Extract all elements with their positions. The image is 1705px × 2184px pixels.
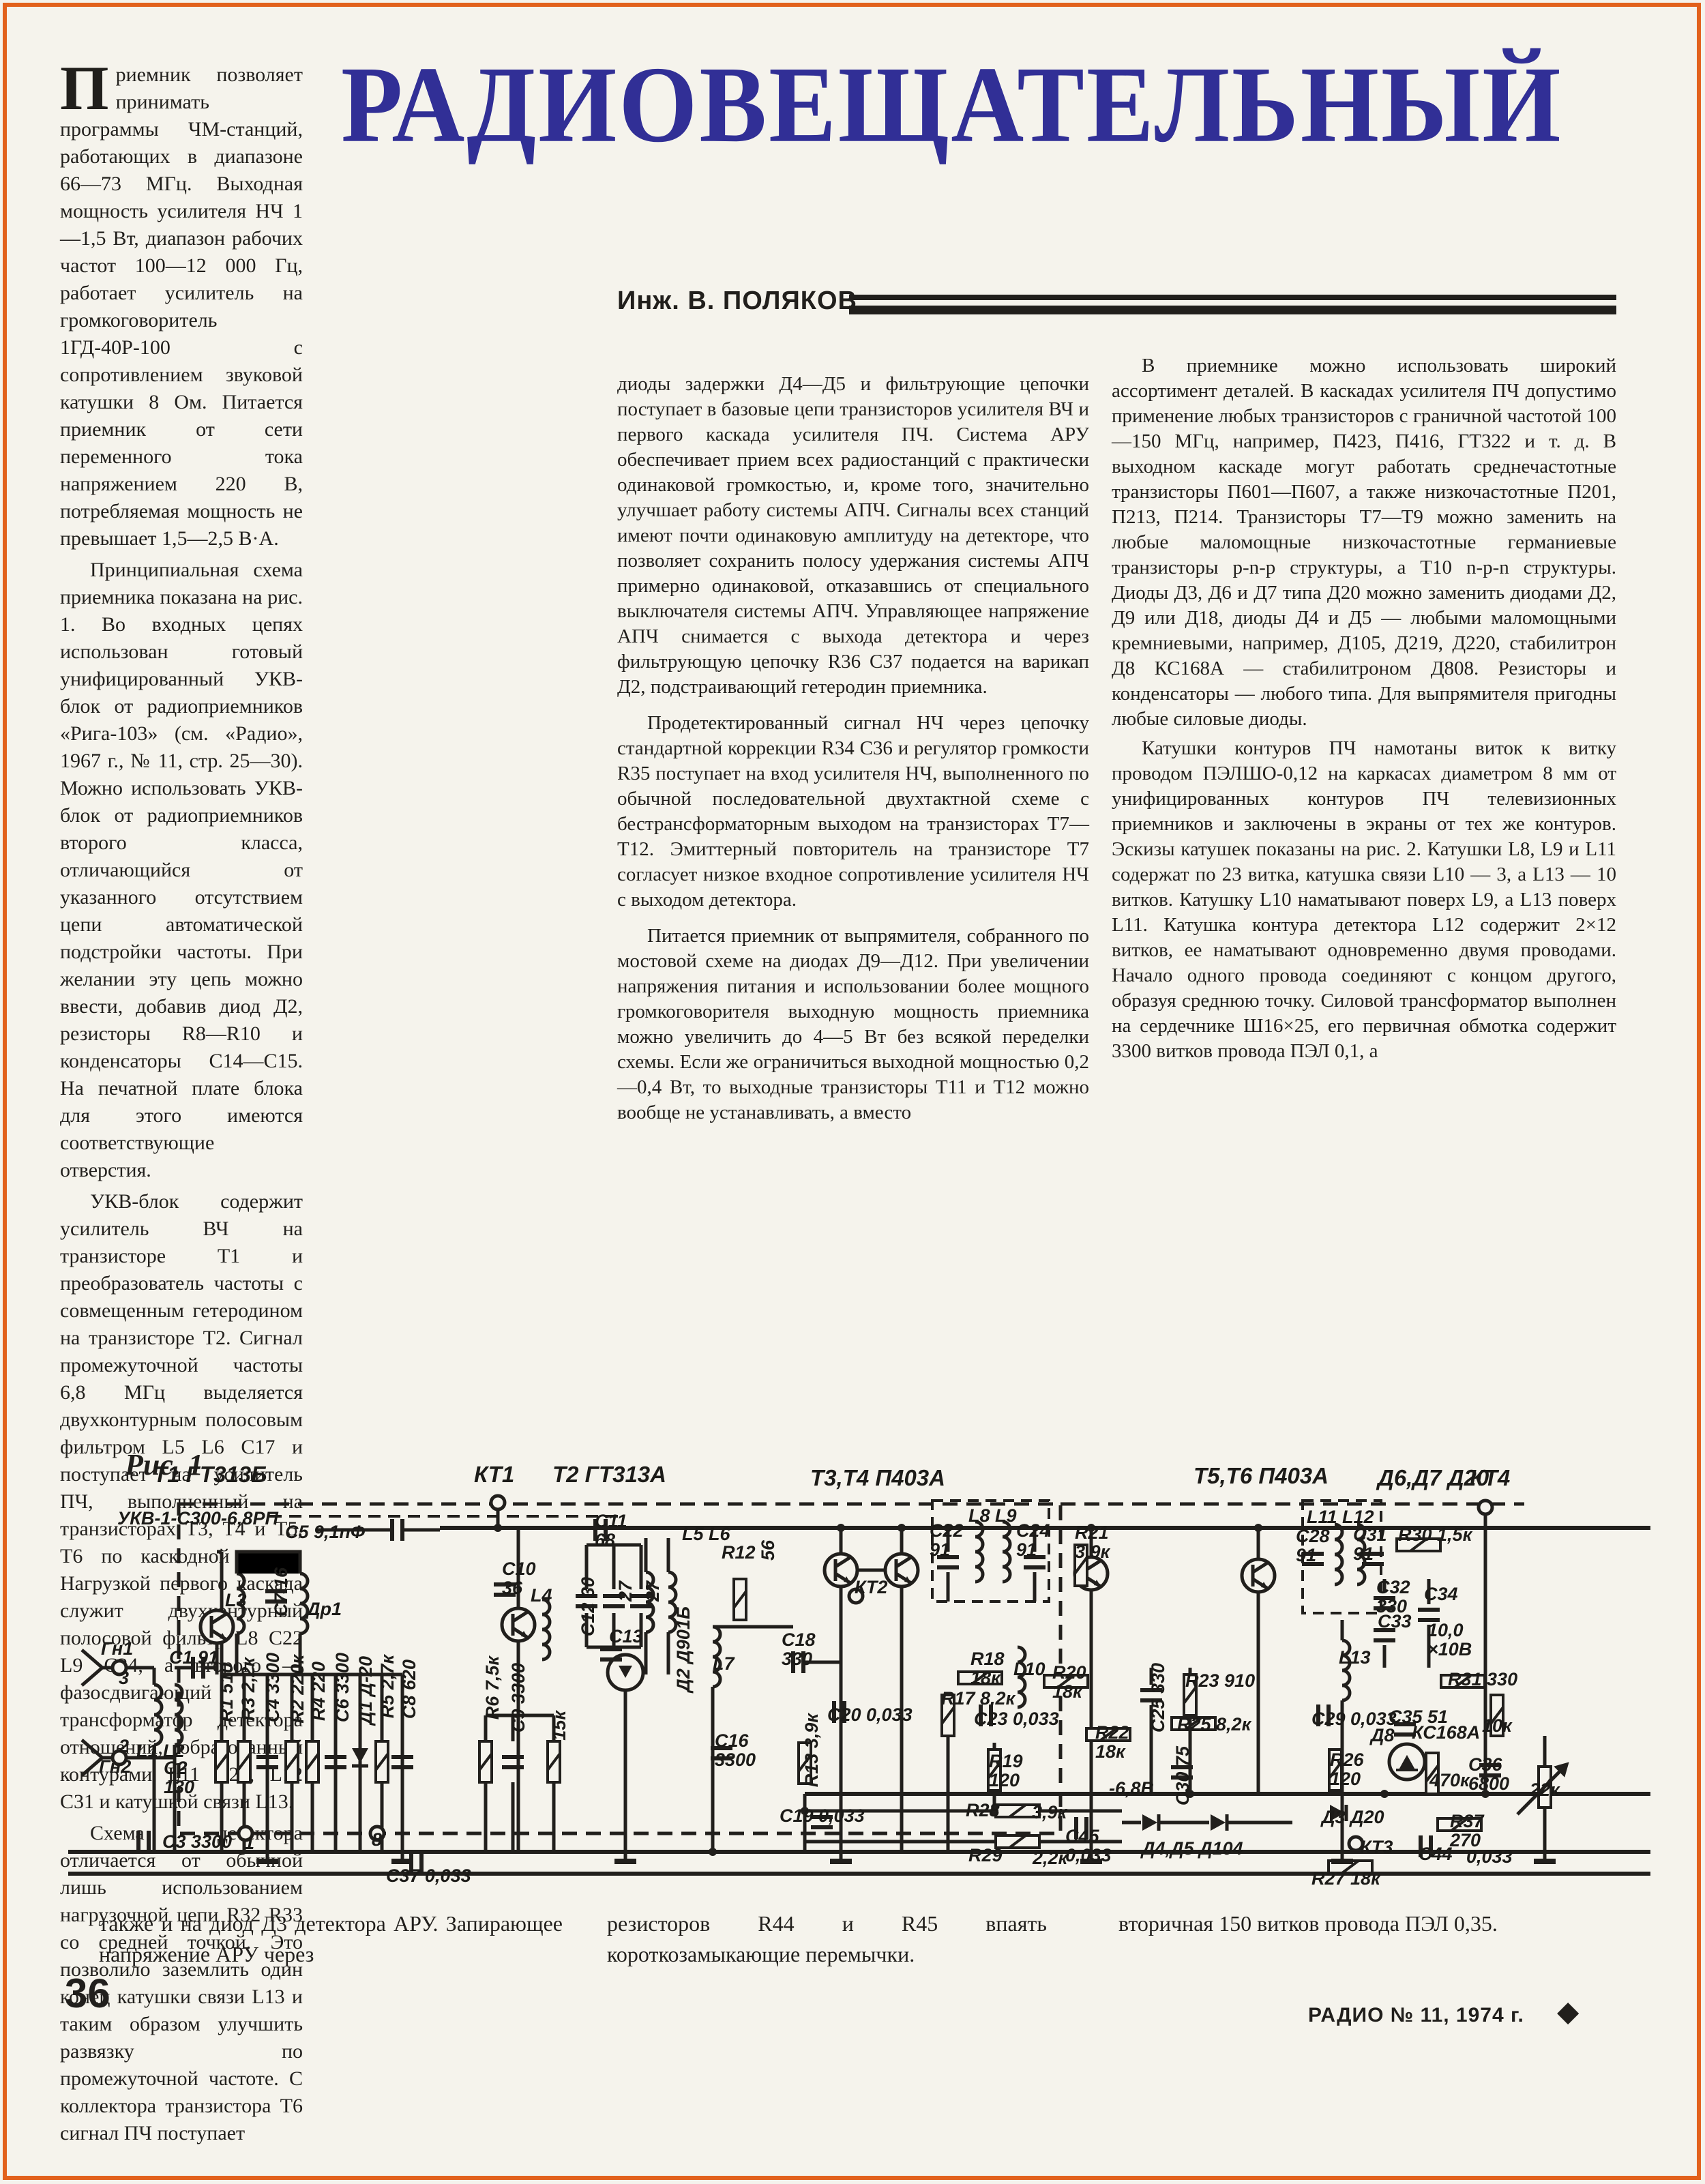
byline-rule-top [849, 295, 1616, 300]
paragraph: В приемнике можно использовать широкий а… [1112, 353, 1616, 732]
issue-line: РАДИО № 11, 1974 г. [1308, 2004, 1524, 2027]
magazine-page: РАДИОВЕЩАТЕЛЬНЫЙ Инж. В. ПОЛЯКОВ Приемни… [0, 0, 1705, 2184]
paragraph: Продетектированный сигнал НЧ через цепоч… [617, 711, 1089, 913]
paragraph: Принципиальная схема приемника показана … [60, 557, 303, 1184]
caption-left: также и на диод Д3 детектора АРУ. Запира… [99, 1908, 563, 1970]
page-number: 36 [65, 1970, 110, 2017]
paragraph: диоды задержки Д4—Д5 и фильтрующие цепоч… [617, 372, 1089, 700]
text-column-2: диоды задержки Д4—Д5 и фильтрующие цепоч… [617, 372, 1089, 1130]
diamond-icon: ◆ [1557, 1994, 1579, 2028]
text-column-3: В приемнике можно использовать широкий а… [1112, 353, 1616, 1068]
author-byline: Инж. В. ПОЛЯКОВ [617, 286, 857, 316]
paragraph: Приемник позволяет принимать программы Ч… [60, 61, 303, 552]
paragraph: Катушки контуров ПЧ намотаны виток к вит… [1112, 736, 1616, 1064]
paragraph: Питается приемник от выпрямителя, собран… [617, 924, 1089, 1125]
caption-middle: резисторов R44 и R45 впаять короткозамык… [607, 1908, 1047, 1970]
caption-right: вторичная 150 витков провода ПЭЛ 0,35. [1118, 1908, 1623, 1939]
byline-rule-bottom [849, 306, 1616, 314]
circuit-schematic [58, 1443, 1654, 1896]
article-title: РАДИОВЕЩАТЕЛЬНЫЙ [341, 42, 1657, 168]
